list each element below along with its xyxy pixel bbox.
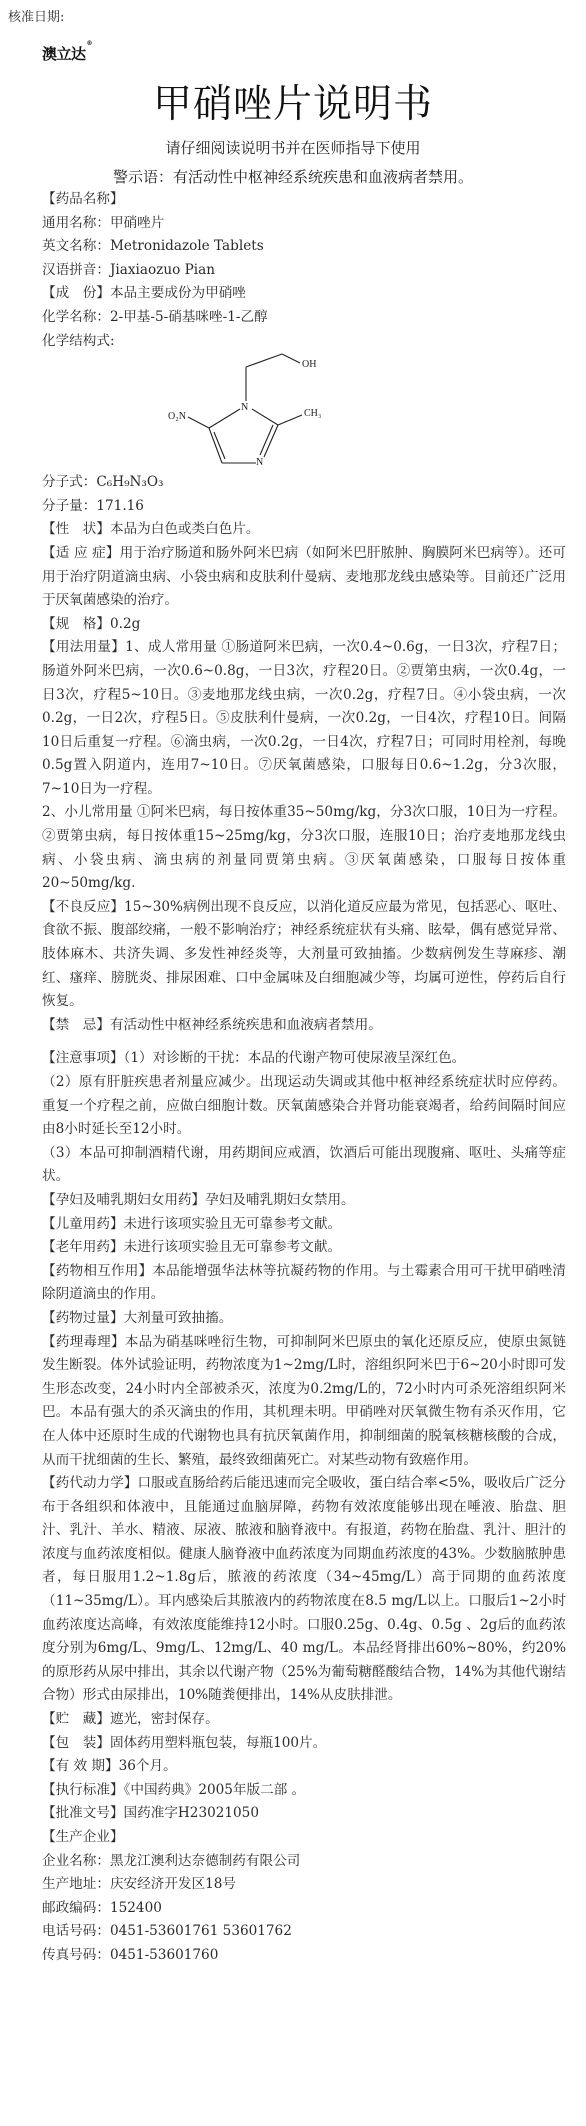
- section-pharmacokinetics: 【药代动力学】口服或直肠给药后能迅速而完全吸收，蛋白结合率<5%，吸收后广泛分布…: [42, 1472, 566, 1708]
- structure-label: 化学结构式:: [42, 330, 566, 354]
- registered-mark-icon: ®: [87, 40, 93, 47]
- approval-date-label: 核准日期:: [8, 6, 64, 25]
- warning-statement: 警示语：有活动性中枢神经系统疾患和血液病者禁用。: [0, 167, 586, 187]
- section-overdose: 【药物过量】大剂量可致抽搐。: [42, 1307, 566, 1331]
- chemical-name: 化学名称：2-甲基-5-硝基咪唑-1-乙醇: [42, 306, 566, 330]
- metronidazole-structure-icon: OH N N O₂N CH₃: [152, 353, 412, 465]
- section-approval-number: 【批准文号】国药准字H23021050: [42, 1802, 566, 1826]
- manufacturer-fax: 传真号码：0451-53601760: [42, 1944, 566, 1968]
- manufacturer-postcode: 邮政编码：152400: [42, 1897, 566, 1921]
- svg-text:N: N: [241, 402, 248, 413]
- brand-logo: 澳立达®: [42, 43, 92, 64]
- section-dosage-adult: 【用法用量】1、成人常用量 ①肠道阿米巴病，一次0.4~0.6g，一日3次，疗程…: [42, 636, 566, 801]
- leaflet-body: 【药品名称】 通用名称：甲硝唑片 英文名称：Metronidazole Tabl…: [42, 188, 566, 1968]
- section-precautions-3: （3）本品可抑制酒精代谢，用药期间应戒酒，饮酒后可能出现腹痛、呕吐、头痛等症状。: [42, 1142, 566, 1189]
- molecular-weight: 分子量：171.16: [42, 495, 566, 519]
- section-interactions: 【药物相互作用】本品能增强华法林等抗凝药物的作用。与土霉素合用可干扰甲硝唑清除阴…: [42, 1260, 566, 1307]
- section-pregnancy: 【孕妇及哺乳期妇女用药】孕妇及哺乳期妇女禁用。: [42, 1189, 566, 1213]
- brand-logo-text: 澳立达: [42, 45, 86, 63]
- section-expiry: 【有 效 期】36个月。: [42, 1755, 566, 1779]
- molecular-formula: 分子式：C₆H₉N₃O₃: [42, 471, 566, 495]
- section-indications: 【适 应 症】用于治疗肠道和肠外阿米巴病（如阿米巴肝脓肿、胸膜阿米巴病等）。还可…: [42, 542, 566, 613]
- section-heading-manufacturer: 【生产企业】: [42, 1826, 566, 1850]
- english-name: 英文名称：Metronidazole Tablets: [42, 235, 566, 259]
- section-geriatric: 【老年用药】未进行该项实验且无可靠参考文献。: [42, 1236, 566, 1260]
- section-contraindications: 【禁 忌】有活动性中枢神经系统疾患和血液病者禁用。: [42, 1014, 566, 1038]
- section-adverse-reactions: 【不良反应】15~30%病例出现不良反应，以消化道反应最为常见，包括恶心、呕吐、…: [42, 896, 566, 1014]
- pinyin-name: 汉语拼音：Jiaxiaozuo Pian: [42, 259, 566, 283]
- section-heading-drug-name: 【药品名称】: [42, 188, 566, 212]
- svg-text:N: N: [256, 457, 263, 465]
- subtitle: 请仔细阅读说明书并在医师指导下使用: [0, 138, 586, 158]
- generic-name: 通用名称：甲硝唑片: [42, 212, 566, 236]
- section-pediatric: 【儿童用药】未进行该项实验且无可靠参考文献。: [42, 1213, 566, 1237]
- svg-text:O₂N: O₂N: [168, 411, 186, 422]
- section-storage: 【贮 藏】遮光，密封保存。: [42, 1708, 566, 1732]
- svg-text:CH₃: CH₃: [304, 408, 321, 419]
- section-precautions-1: 【注意事项】（1）对诊断的干扰：本品的代谢产物可使尿液呈深红色。: [42, 1047, 566, 1071]
- manufacturer-phone: 电话号码：0451-53601761 53601762: [42, 1920, 566, 1944]
- section-standard: 【执行标准】《中国药典》2005年版二部 。: [42, 1779, 566, 1803]
- page-title: 甲硝唑片说明书: [0, 80, 586, 130]
- section-package: 【包 装】固体药用塑料瓶包装，每瓶100片。: [42, 1732, 566, 1756]
- section-dosage-child: 2、小儿常用量 ①阿米巴病，每日按体重35~50mg/kg，分3次口服，10日为…: [42, 801, 566, 895]
- chemical-structure-diagram: OH N N O₂N CH₃: [152, 353, 412, 465]
- section-description: 【性 状】本品为白色或类白色片。: [42, 518, 566, 542]
- svg-text:OH: OH: [302, 359, 316, 370]
- section-precautions-2: （2）原有肝脏疾患者剂量应减少。出现运动失调或其他中枢神经系统症状时应停药。重复…: [42, 1071, 566, 1142]
- section-ingredients: 【成 份】本品主要成份为甲硝唑: [42, 282, 566, 306]
- section-specification: 【规 格】0.2g: [42, 613, 566, 637]
- section-pharmacology: 【药理毒理】本品为硝基咪唑衍生物，可抑制阿米巴原虫的氧化还原反应，使原虫氮链发生…: [42, 1331, 566, 1473]
- manufacturer-company: 企业名称：黑龙江澳利达奈德制药有限公司: [42, 1850, 566, 1874]
- manufacturer-address: 生产地址：庆安经济开发区18号: [42, 1873, 566, 1897]
